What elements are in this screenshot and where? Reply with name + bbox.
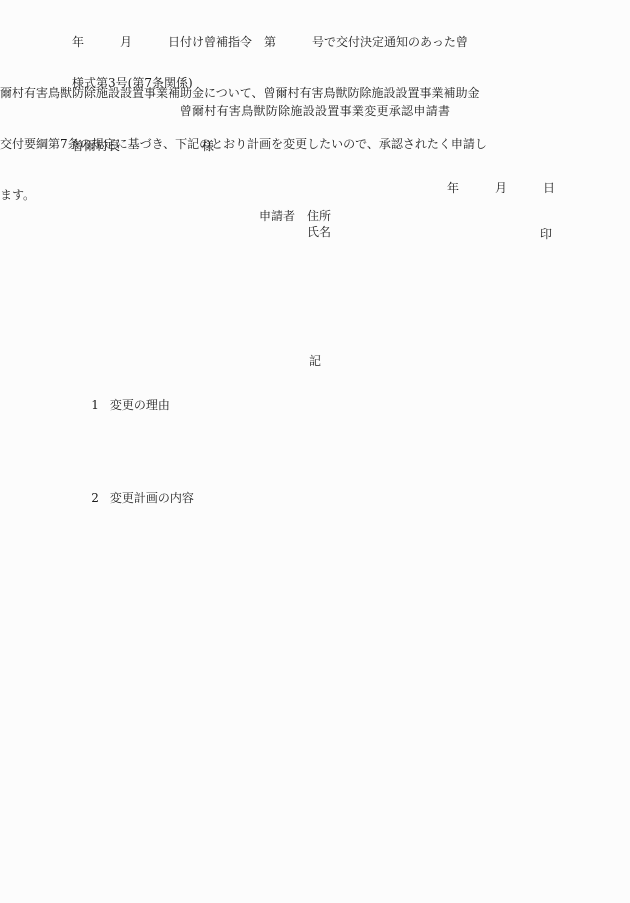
applicant-label: 申請者 <box>259 209 295 224</box>
body-line: 年 月 日付け曾補指令 第 号で交付決定通知のあった曾 <box>0 34 492 51</box>
item-label: 変更の理由 <box>110 398 170 412</box>
addressee-name: 曾爾村長 <box>72 139 120 154</box>
addressee-honorific: 様 <box>202 139 214 154</box>
list-item: 1変更の理由 <box>76 383 170 428</box>
document-page: 様式第3号(第7条関係) 曾爾村有害鳥獣防除施設設置事業変更承認申請書 曾爾村長… <box>0 0 630 903</box>
item-number: 2 <box>91 491 99 505</box>
applicant-address-label: 住所 <box>307 209 331 224</box>
date-line: 年 月 日 <box>447 181 555 196</box>
document-title: 曾爾村有害鳥獣防除施設設置事業変更承認申請書 <box>0 104 630 119</box>
key-marker: 記 <box>72 354 558 369</box>
body-paragraph: 年 月 日付け曾補指令 第 号で交付決定通知のあった曾 爾村有害鳥獣防除施設設置… <box>0 0 492 238</box>
list-item: 2変更計画の内容 <box>76 476 194 521</box>
body-line: ます。 <box>0 187 492 204</box>
applicant-name-label: 氏名 <box>307 225 331 240</box>
item-label: 変更計画の内容 <box>110 491 194 505</box>
seal-label: 印 <box>540 227 552 242</box>
form-number: 様式第3号(第7条関係) <box>72 76 193 91</box>
item-number: 1 <box>91 398 99 412</box>
